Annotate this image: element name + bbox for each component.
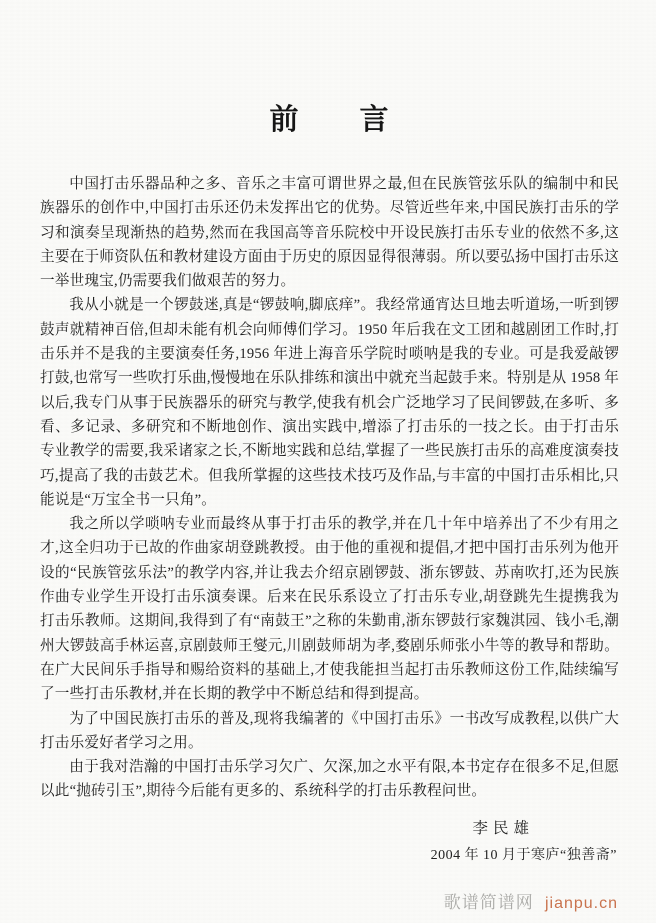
watermark-site-name: 歌谱简谱网 (444, 893, 534, 912)
watermark-site-url: jianpu.cn (545, 895, 618, 912)
scanned-book-page: 前 言 中国打击乐器品种之多、音乐之丰富可谓世界之最,但在民族管弦乐队的编制中和… (0, 0, 656, 923)
watermark: 歌谱简谱网 jianpu.cn (444, 888, 618, 913)
date-line: 2004 年 10 月于寒庐“独善斋” (40, 844, 619, 864)
paragraph-3: 我之所以学唢呐专业而最终从事于打击乐的教学,并在几十年中培养出了不少有用之才,这… (40, 512, 619, 706)
paragraph-4: 为了中国民族打击乐的普及,现将我编著的《中国打击乐》一书改写成教程,以供广大打击… (40, 707, 619, 756)
preface-body: 中国打击乐器品种之多、音乐之丰富可谓世界之最,但在民族管弦乐队的编制中和民族器乐… (40, 172, 619, 804)
paragraph-5: 由于我对浩瀚的中国打击乐学习欠广、欠深,加之水平有限,本书定存在很多不足,但愿以… (40, 755, 619, 804)
paragraph-2: 我从小就是一个锣鼓迷,真是“锣鼓响,脚底痒”。我经常通宵达旦地去听道场,一听到锣… (40, 293, 619, 512)
page-content: 前 言 中国打击乐器品种之多、音乐之丰富可谓世界之最,但在民族管弦乐队的编制中和… (40, 0, 619, 864)
page-title: 前 言 (40, 97, 619, 138)
author-signature: 李民雄 (40, 816, 619, 838)
paragraph-1: 中国打击乐器品种之多、音乐之丰富可谓世界之最,但在民族管弦乐队的编制中和民族器乐… (40, 172, 619, 293)
